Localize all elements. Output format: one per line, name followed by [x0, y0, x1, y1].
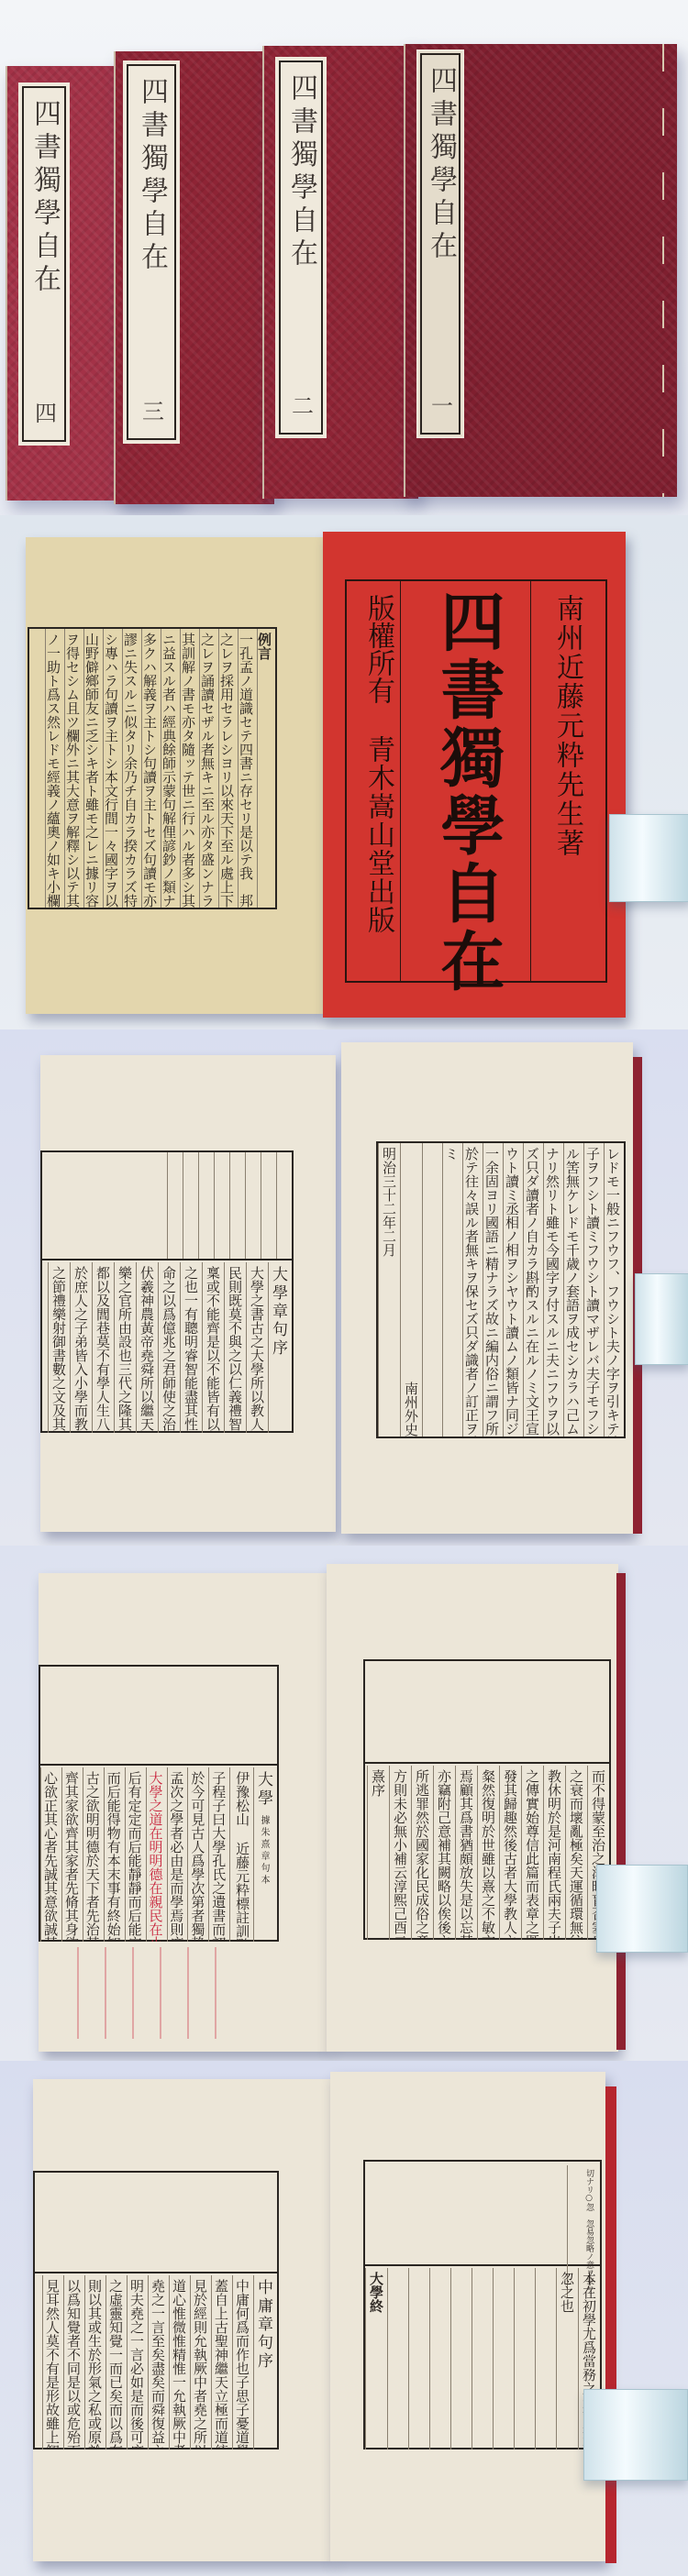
text-column: ノ一助ト爲ス然レドモ經義ノ蘊奧ノ如キ小欄外ノ能ク詳說ス [45, 629, 64, 908]
text-column: 以爲知覺者不同是以或危殆而不安或微妙而難 [63, 2275, 84, 2449]
volume-3-cover: 四書獨學自在 三 [114, 51, 274, 504]
text-column: 之レヲ採用セラレシヨリ以來天下至ル處上下尊卑ヲ別タズ [218, 629, 238, 908]
text-column: 粲然復明於世雖以熹之不敏亦幸私淑而與有聞 [477, 1766, 499, 1940]
text-column: 命之以爲億兆之君師使之治而教之以復其性此 [158, 1262, 180, 1433]
photo-daxue-spread: 大學 據朱熹章句本 伊豫松山 近藤元粋標註訓點 子程子曰大學孔氏之遺書而初學入德… [0, 1546, 688, 2061]
photo-preface-spread: 大學章句序 大學之書古之大學所以教人之法也蓋自天降生 民則既莫不與之以仁義禮智之… [0, 1029, 688, 1546]
section-heading: 中庸章句序 [253, 2275, 277, 2449]
preface-end-page: レドモ一般ニフウフ、フウシト夫ノ字ヲ引キテ讀ミ來レリ父 子ヲフシト讀ミフウシト讀… [341, 1042, 633, 1534]
main-title: 四書獨學自在 [415, 589, 521, 996]
headnote-column [245, 1152, 261, 1259]
blank-column [422, 1143, 442, 1437]
glass-paperweight [583, 2389, 688, 2481]
blank-column [493, 2268, 514, 2449]
end-mark: 大學終 [365, 2268, 387, 2449]
blank-column [429, 2268, 450, 2449]
title-slip: 四書獨學自在 三 [123, 61, 180, 444]
text-column: 后有定定而后能靜靜而后能安安而后能慮慮 [125, 1767, 146, 1942]
text-column: 都以及閭巷莫不有學人生八歲則自王公以下至 [92, 1262, 114, 1433]
blank-column [387, 2268, 408, 2449]
zhongyong-preface-page: 中庸章句序 中庸何爲而作也子思子憂道學之失其傳而作也 蓋自上古聖神繼天立極而道統… [33, 2079, 332, 2561]
text-column: ミ [442, 1143, 462, 1437]
heading-text: 大學 [254, 1771, 272, 1808]
text-column: 教休明於是河南程氏兩夫子出而有以接乎孟氏 [543, 1766, 565, 1940]
cover-title: 四書獨學自在 [281, 73, 321, 271]
text-frame: 大學章句序 大學之書古之大學所以教人之法也蓋自天降生 民則既莫不與之以仁義禮智之… [40, 1150, 294, 1433]
preface-date: 明治三十二年二月 [378, 1143, 400, 1437]
text-column: 於今可見古人爲學次第者獨賴此篇之存而論 [187, 1767, 208, 1942]
text-frame: 大學 據朱熹章句本 伊豫松山 近藤元粋標註訓點 子程子曰大學孔氏之遺書而初學入德… [39, 1665, 279, 1942]
text-column: ナリ然リト雖モ今國字ヲ付スルニ夫ニフウヲ以テスルヲ得 [543, 1143, 563, 1437]
text-column: 一孔孟ノ道識セテ四書ニ存セリ是以テ我 邦往古 [238, 629, 257, 908]
cover-title: 四書獨學自在 [420, 66, 461, 264]
text-column: 明夫堯之一言必如是而後可庶幾也蓋嘗論之心 [127, 2275, 148, 2449]
text-column: 之也一有聰明睿智能盡其性者出於其間則天必 [180, 1262, 202, 1433]
text-column: 之レヲ誦讀セザル者無キニ至ル亦タ盛ンナラズヤ是ニ於テ [199, 629, 218, 908]
volume-number: 四 [28, 402, 61, 424]
text-column: 之傳實始尊信此篇而表章之既又爲之次其簡編 [521, 1766, 543, 1940]
head-notes: 切ナリ○忽 忽易忽略ノ意ヲ家ヲ [365, 2162, 600, 2266]
text-column: ル筈無ケレドモ千歳ノ套語ヲ成セシカラハ己ムヲ得ザル者 [563, 1143, 583, 1437]
text-column: 多クハ解義ヲ主トシ句讀ヲ主トセズ句讀モ亦タ往々紕繆ノ [141, 629, 161, 908]
text-column: 之節禮樂射御書數之文及其十有五年則自天子 [48, 1262, 70, 1433]
signature: 南州外史識 [400, 1143, 422, 1437]
text-column: ヲ得セシム且ツ欄外ニ其大意ヲ解釋シ以テ其意義ヲ了スル [64, 629, 83, 908]
notes-heading: 例言 [257, 629, 275, 908]
headnote-column [261, 1152, 276, 1259]
text-column: 齊其家欲齊其家者先脩其身欲脩其身者先正其 [61, 1767, 83, 1942]
volume-1-cover: 四書獨學自在 一 [404, 44, 677, 497]
text-column: レドモ一般ニフウフ、フウシト夫ノ字ヲ引キテ讀ミ來レリ父 [604, 1143, 624, 1437]
headnote-column [198, 1152, 214, 1259]
text-column: 忽之也 [556, 2268, 578, 2449]
text-columns: 大學章句序 大學之書古之大學所以教人之法也蓋自天降生 民則既莫不與之以仁義禮智之… [42, 1262, 292, 1433]
text-column: 焉顧其爲書猶頗放失是以忘其固陋采而輯之閒 [455, 1766, 477, 1940]
text-columns: 而不得蒙至治之澤晦盲否塞反覆沈痼以及五季 之衰而壞亂極矣天運循環無往不復宋德隆盛… [365, 1766, 609, 1940]
author-line: 南州近藤元粋先生著 [547, 594, 587, 858]
text-column: 道心惟微惟精惟一允執厥中者舜之所以授禹也 [169, 2275, 190, 2449]
cover-edge [616, 1573, 626, 2050]
text-column: 中庸何爲而作也子思子憂道學之失其傳而作也 [232, 2275, 253, 2449]
preface-notes-page: 例言 一孔孟ノ道識セテ四書ニ存セリ是以テ我 邦往古 之レヲ採用セラレシヨリ以來天… [26, 537, 325, 1014]
text-column: 伏羲神農黃帝堯舜所以繼天立極而司徒之職典 [136, 1262, 158, 1433]
headnote-column [167, 1152, 183, 1259]
text-column: 熹序 [367, 1766, 389, 1940]
copyright-line: 版權所有 [358, 594, 398, 704]
text-frame: 中庸章句序 中庸何爲而作也子思子憂道學之失其傳而作也 蓋自上古聖神繼天立極而道統… [33, 2171, 279, 2449]
photo-zhongyong-spread: 中庸章句序 中庸何爲而作也子思子憂道學之失其傳而作也 蓋自上古聖神繼天立極而道統… [0, 2061, 688, 2576]
text-columns: 本在初學尤爲當務之急讀者不可以其近而 忽之也 大學終 [365, 2268, 600, 2449]
text-column-annotated: 大學之道在明明德在親民在止於至善知止而 [146, 1767, 167, 1942]
photo-montage: 四書獨學自在 四 四書獨學自在 三 四書獨學自在 二 四書獨學自在 一 [0, 0, 688, 2576]
blank-column [408, 2268, 429, 2449]
text-columns: 例言 一孔孟ノ道識セテ四書ニ存セリ是以テ我 邦往古 之レヲ採用セラレシヨリ以來天… [26, 629, 275, 908]
frame-divider [530, 579, 531, 983]
preface-close-page: 而不得蒙至治之澤晦盲否塞反覆沈痼以及五季 之衰而壞亂極矣天運循環無往不復宋德隆盛… [327, 1564, 618, 2052]
headnote-column [276, 1152, 292, 1259]
text-column: 見於經則允執厥中者堯之所以授舜也人心惟危 [190, 2275, 211, 2449]
text-column: 發其歸趣然後古者大學教人之法聖經賢傳之指 [499, 1766, 521, 1940]
text-column: 謬ニ失スルニ似タリ余乃チ自カラ揆カラズ特ニ此編ヲ著ハ [122, 629, 141, 908]
title-slip: 四書獨學自在 二 [275, 57, 327, 438]
text-column: 大學之書古之大學所以教人之法也蓋自天降生 [246, 1262, 268, 1433]
blank-column [514, 2268, 535, 2449]
text-column: 於テ往々誤ル者無キヲ保セズ只ダ識者ノ訂正ヲ希望スルノ [462, 1143, 483, 1437]
publisher-line: 青木嵩山堂出版 [358, 735, 398, 934]
head-notes [365, 1661, 609, 1764]
text-column: 而后能得物有本末事有終始知所先後則近道矣 [104, 1767, 125, 1942]
text-column: 堯之一言至矣盡矣而舜復益之以三言者則所以 [148, 2275, 169, 2449]
glass-paperweight [609, 814, 688, 902]
headnote-column [214, 1152, 229, 1259]
text-columns: 中庸章句序 中庸何爲而作也子思子憂道學之失其傳而作也 蓋自上古聖神繼天立極而道統… [35, 2275, 277, 2449]
blank-column [450, 2268, 472, 2449]
text-column: 之衰而壞亂極矣天運循環無往不復宋德隆盛治 [565, 1766, 587, 1940]
text-column: 古之欲明明德於天下者先治其國欲治其國者先 [83, 1767, 104, 1942]
glass-paperweight [635, 1273, 688, 1365]
editor-name: 近藤元粋標註訓點 [234, 1831, 250, 1942]
text-column: 之虛靈知覺一而已矣而以爲有人心道心之異者 [105, 2275, 127, 2449]
editor-credit: 伊豫松山 近藤元粋標註訓點 [229, 1767, 253, 1942]
editor-origin: 伊豫松山 [234, 1771, 250, 1826]
daxue-text-page: 大學 據朱熹章句本 伊豫松山 近藤元粋標註訓點 子程子曰大學孔氏之遺書而初學入德… [39, 1573, 328, 2052]
text-column: シ專ハラ句讀ヲ主トシ本文行間一々國字ヲ以テ音訓ヲ施シ [103, 629, 122, 908]
title-slip: 四書獨學自在 一 [416, 50, 464, 438]
text-column: 心欲正其心者先誠其意欲誠其意者先致其 [40, 1767, 61, 1942]
cover-title: 四書獨學自在 [131, 77, 172, 275]
text-columns: 大學 據朱熹章句本 伊豫松山 近藤元粋標註訓點 子程子曰大學孔氏之遺書而初學入德… [40, 1767, 277, 1942]
text-column: 其訓解ノ書モ亦タ隨ッテ世ニ行ハル者多シ其最モ俚俗童蒙 [180, 629, 199, 908]
glass-paperweight [596, 1865, 688, 1953]
head-notes [35, 2173, 277, 2273]
headnote-column [183, 1152, 198, 1259]
blank-column [472, 2268, 493, 2449]
heading-note: 據朱熹章句本 [259, 1815, 269, 1887]
text-column: ズ只ダ讀者ノ自カラ斟酌スルニ在ルノミ文王宣王ノ王ヲハ [523, 1143, 543, 1437]
photo-covers: 四書獨學自在 四 四書獨學自在 三 四書獨學自在 二 四書獨學自在 一 [0, 0, 688, 515]
text-column: 民則既莫不與之以仁義禮智之性矣然其氣質之 [224, 1262, 246, 1433]
text-frame: 例言 一孔孟ノ道識セテ四書ニ存セリ是以テ我 邦往古 之レヲ採用セラレシヨリ以來天… [28, 627, 277, 909]
text-column: 孟次之學者必由是而學焉則庶乎其不差矣 [167, 1767, 188, 1942]
volume-number: 一 [425, 394, 457, 416]
text-column: 見耳然人莫不有是形故雖上智不能無人心亦莫 [42, 2275, 63, 2449]
text-frame: 而不得蒙至治之澤晦盲否塞反覆沈痼以及五季 之衰而壞亂極矣天運循環無往不復宋德隆盛… [363, 1659, 611, 1940]
red-handwritten-annotations [62, 1947, 227, 2039]
text-column: 子程子曰大學孔氏之遺書而初學入德之門也 [208, 1767, 229, 1942]
text-column: 山野僻鄉師友ニ乏シキ者ト雖モ之レニ據リ容易ニ誦讀スル [83, 629, 103, 908]
text-frame: 切ナリ○忽 忽易忽略ノ意ヲ家ヲ 本在初學尤爲當務之急讀者不可以其近而 忽之也 大… [363, 2160, 602, 2449]
cover-edge [605, 2086, 616, 2563]
text-columns: レドモ一般ニフウフ、フウシト夫ノ字ヲ引キテ讀ミ來レリ父 子ヲフシト讀ミフウシト讀… [374, 1143, 624, 1437]
blank-column [535, 2268, 556, 2449]
text-column: 樂之官所由設也三代之隆其法寖備然後王宮國 [114, 1262, 136, 1433]
red-title-page: 南州近藤元粋先生著 四書獨學自在 版權所有 青木嵩山堂出版 [323, 532, 626, 1018]
daxue-end-page: 切ナリ○忽 忽易忽略ノ意ヲ家ヲ 本在初學尤爲當務之急讀者不可以其近而 忽之也 大… [330, 2072, 605, 2561]
text-column: 所逃罪然於國家化民成俗之意學者脩己治人之 [411, 1766, 433, 1940]
volume-number: 二 [285, 394, 317, 416]
headnote-column [229, 1152, 245, 1259]
head-notes [42, 1152, 292, 1260]
section-heading: 大學 據朱熹章句本 [253, 1767, 277, 1942]
text-column: ウト讀ミ丞相ノ相ヲシヤウト讀ムノ類皆ナ同ジ [503, 1143, 523, 1437]
text-column: 蓋自上古聖神繼天立極而道統之傳有自來矣其 [211, 2275, 232, 2449]
section-heading: 大學章句序 [268, 1262, 292, 1433]
text-column: 方則未必無小補云淳熙己酉二月甲子新安朱 [389, 1766, 411, 1940]
text-column: 稟或不能齊是以不能皆有以知其性之所有而全 [202, 1262, 224, 1433]
cover-title: 四書獨學自在 [24, 99, 64, 297]
text-column: 亦竊附己意補其闕略以俟後之君子極知僭踰無 [433, 1766, 455, 1940]
frame-divider [400, 579, 401, 983]
head-notes [40, 1667, 277, 1766]
text-column: 於庶人之子弟皆入小學而教之以灑掃應對進退 [70, 1262, 92, 1433]
photo-title-spread: 例言 一孔孟ノ道識セテ四書ニ存セリ是以テ我 邦往古 之レヲ採用セラレシヨリ以來天… [0, 515, 688, 1029]
volume-2-cover: 四書獨學自在 二 [262, 46, 418, 499]
text-column: 一余固ヨリ國語ニ精ナラズ故ニ編内俗ニ謂フ所ノカナ使ヒニ [483, 1143, 503, 1437]
daxue-preface-page: 大學章句序 大學之書古之大學所以教人之法也蓋自天降生 民則既莫不與之以仁義禮智之… [40, 1055, 336, 1532]
text-column: 子ヲフシト讀ミフウシト讀マザレバ夫子モフシト讀マレザ [583, 1143, 604, 1437]
text-column: ニ益スル者ハ經典餘師示蒙句解俚諺鈔ノ類ナリ而シテ其書 [161, 629, 180, 908]
title-slip: 四書獨學自在 四 [18, 83, 70, 446]
text-frame: レドモ一般ニフウフ、フウシト夫ノ字ヲ引キテ讀ミ來レリ父 子ヲフシト讀ミフウシト讀… [376, 1141, 626, 1438]
text-column: 則以其或生於形氣之私或原於性命之正而所 [84, 2275, 105, 2449]
volume-number: 三 [136, 400, 168, 422]
